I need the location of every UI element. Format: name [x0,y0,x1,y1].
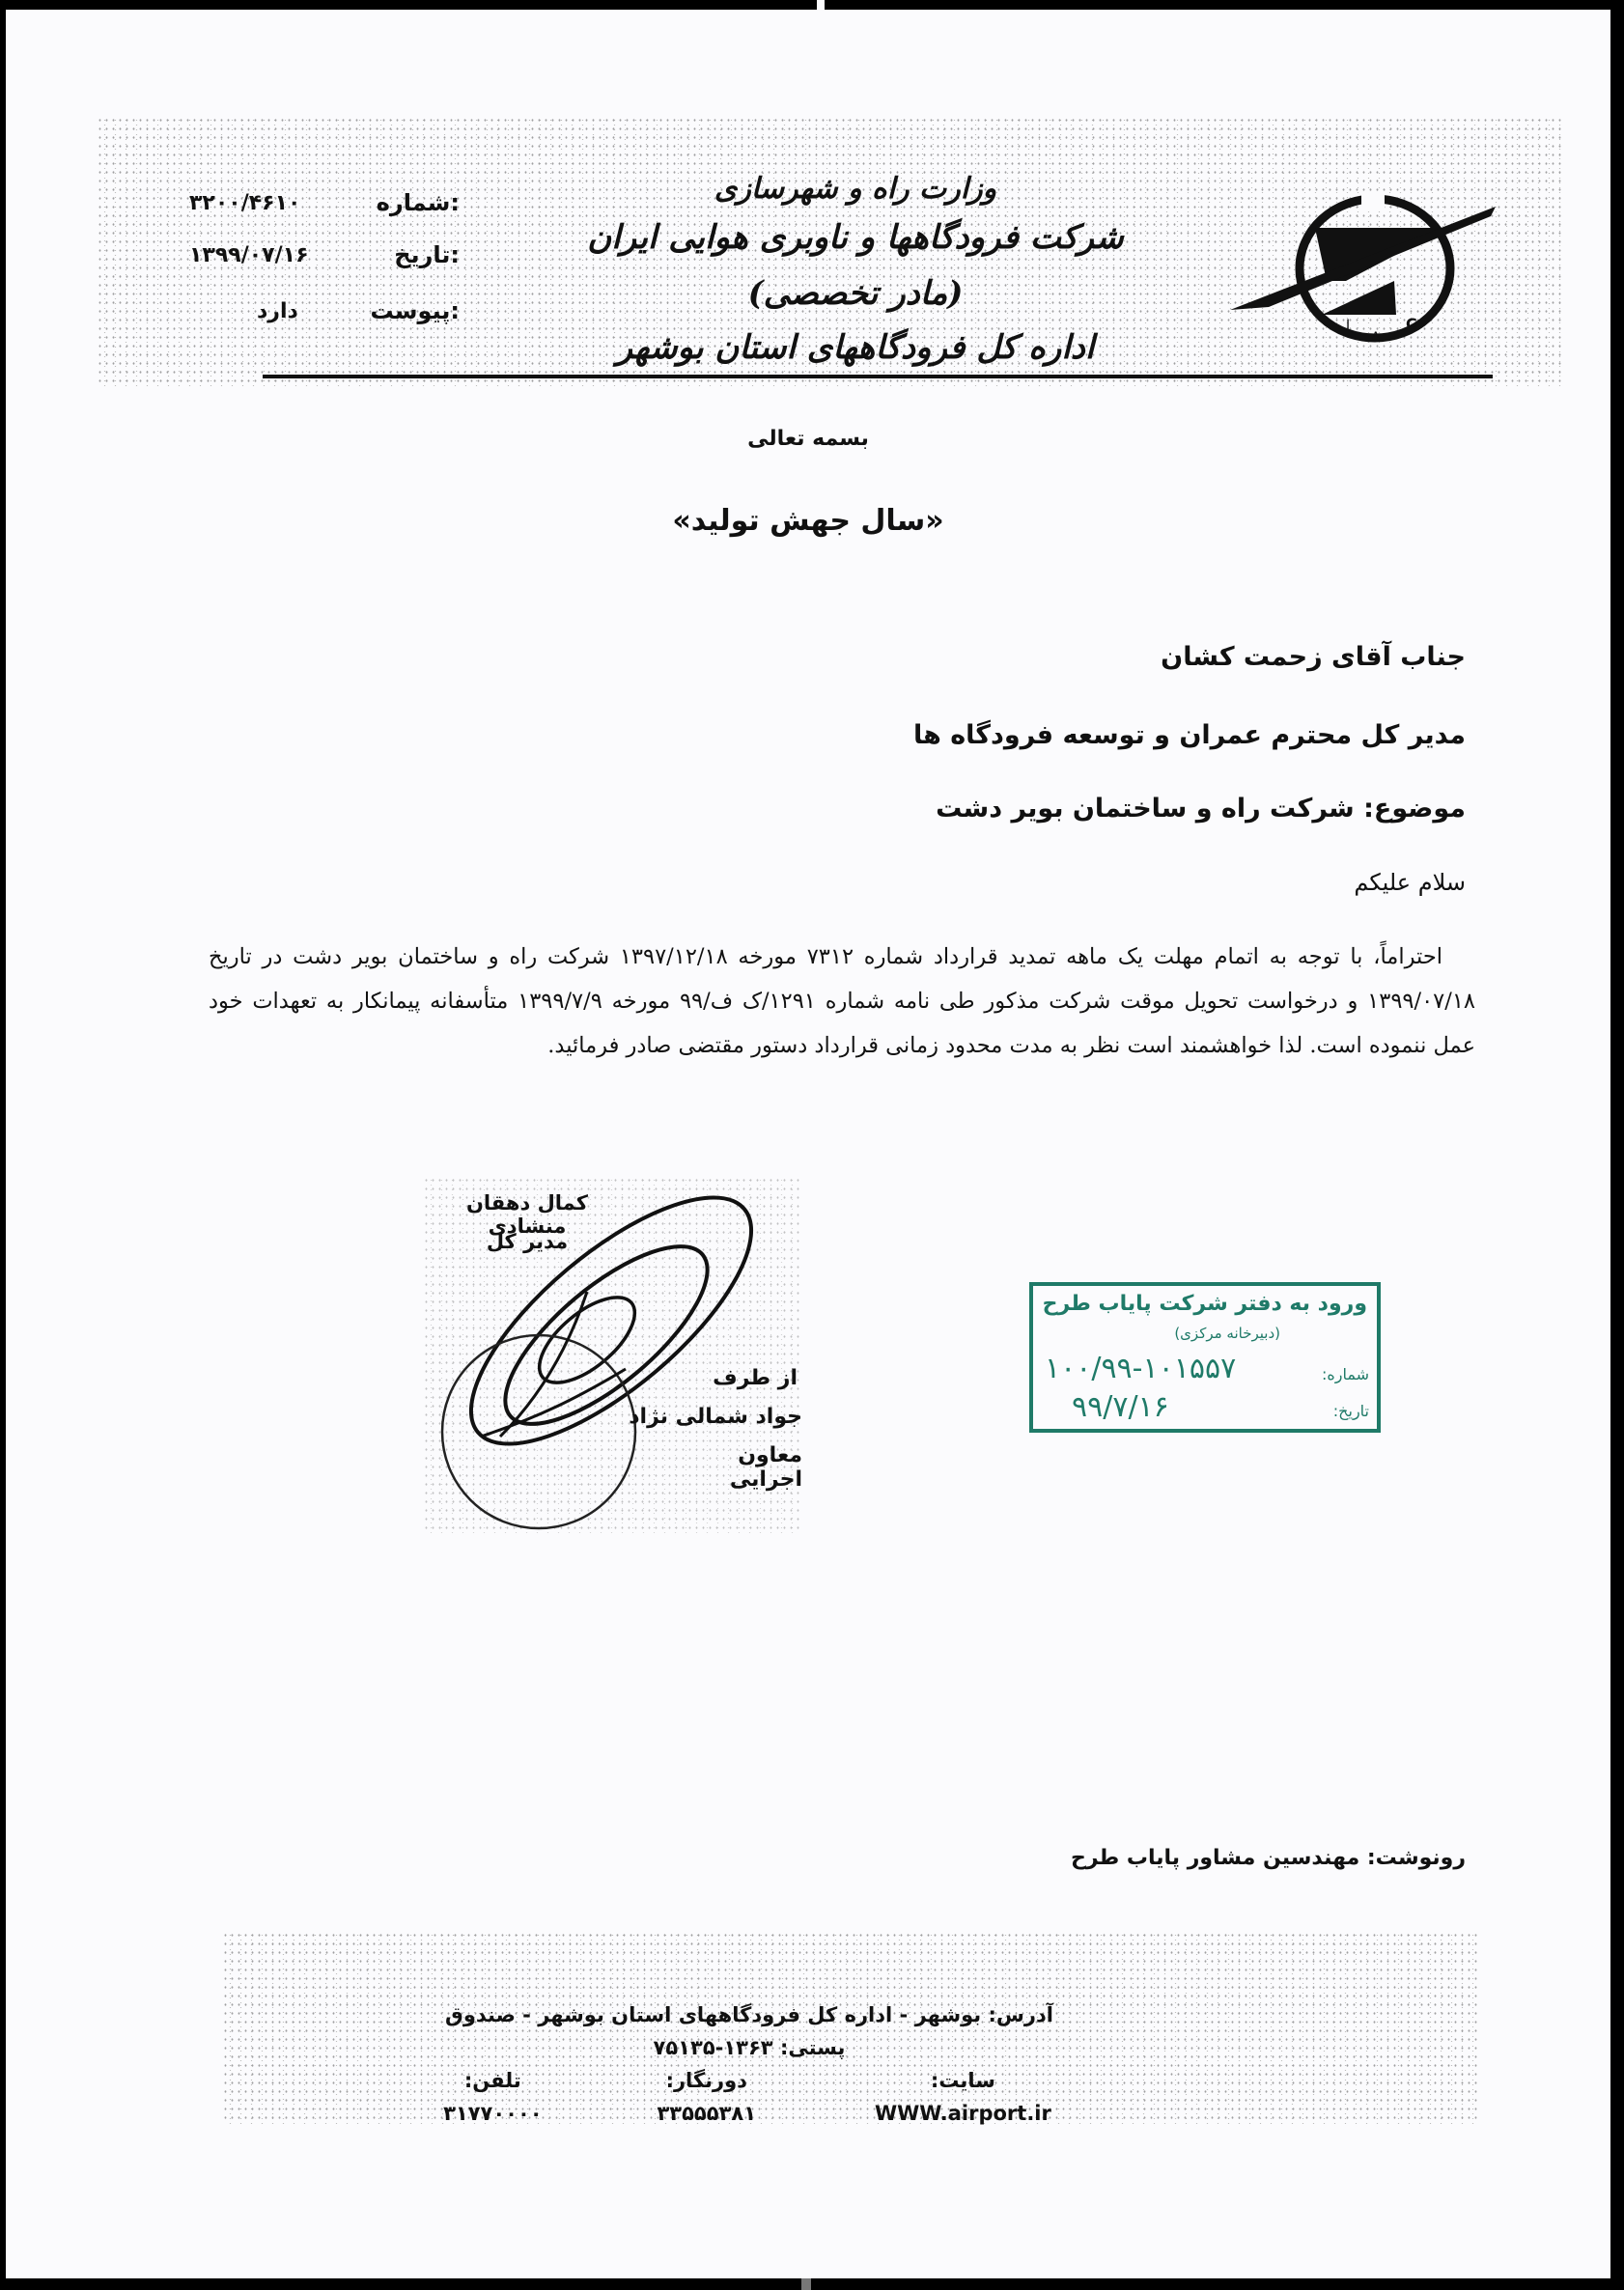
footer-website: سایت: WWW.airport.ir [839,2064,1087,2130]
deputy-name: جواد شمالی نژاد [624,1405,802,1429]
footer-contact: آدرس: بوشهر - اداره کل فرودگاههای استان … [411,1998,1087,2130]
letter-attachment-value: دارد [257,299,298,323]
footer-address: آدرس: بوشهر - اداره کل فرودگاههای استان … [411,1998,1087,2064]
footer-contact-row: تلفن: ۳۱۷۷۰۰۰۰ دورنگار: ۳۳۵۵۵۳۸۱ سایت: W… [411,2064,1087,2130]
footer-phone: تلفن: ۳۱۷۷۰۰۰۰ [411,2064,574,2130]
letter-subject: موضوع: شرکت راه و ساختمان بویر دشت [210,794,1466,824]
stamp-number-label: شماره: [1322,1365,1369,1383]
stamp-date-value: ۹۹/۷/۱۶ [1072,1390,1169,1424]
receipt-stamp: ورود به دفتر شرکت پایاب طرح (دبیرخانه مر… [1029,1282,1381,1433]
deputy-role: معاون اجرایی [662,1443,802,1492]
svg-text:A: A [1371,330,1381,344]
greeting: سلام علیکم [210,869,1466,896]
on-behalf-label: از طرف [682,1366,798,1390]
department-name: اداره کل فرودگاههای استان بوشهر [585,321,1126,374]
letter-attachment-label: پیوست: [371,297,460,324]
year-motto: «سال جهش تولید» [6,504,1610,538]
letter-attachment-row: پیوست: دارد [189,297,460,324]
header-divider [263,375,1493,378]
stamp-subtitle: (دبیرخانه مرکزی) [1174,1325,1280,1342]
recipient-title: مدیر کل محترم عمران و توسعه فرودگاه ها [210,720,1466,750]
company-name: شرکت فرودگاهها و ناوبری هوایی ایران (ماد… [585,209,1126,321]
footer-fax: دورنگار: ۳۳۵۵۵۳۸۱ [613,2064,800,2130]
letter-number-value: ۳۲۰۰/۴۶۱۰ [189,191,300,215]
letter-date-value: ۱۳۹۹/۰۷/۱۶ [189,243,309,267]
stamp-title: ورود به دفتر شرکت پایاب طرح [1043,1292,1367,1316]
svg-text:I: I [1346,318,1350,333]
scan-edge-gap [817,0,825,10]
letter-page: I A C وزارت راه و شهرسازی شرکت فرودگاهها… [6,10,1610,2278]
signer-role: مدیر کل [469,1230,585,1253]
letter-body: احتراماً، با توجه به اتمام مهلت یک ماهه … [209,935,1475,1068]
scan-edge-mark [801,2278,811,2290]
letter-body-text: احتراماً، با توجه به اتمام مهلت یک ماهه … [209,944,1475,1058]
svg-text:C: C [1406,315,1417,333]
letter-number-label: شماره: [377,189,460,216]
airport-company-logo-icon: I A C [1230,189,1500,344]
carbon-copy: رونوشت: مهندسین مشاور پایاب طرح [1071,1846,1466,1870]
bismillah: بسمه تعالی [6,427,1610,451]
recipient-name: جناب آقای زحمت کشان [210,642,1466,672]
stamp-number-value: ۱۰۰/۹۹-۱۰۱۵۵۷ [1045,1352,1236,1385]
ministry-name: وزارت راه و شهرسازی [585,169,1126,209]
letter-number-row: شماره: ۳۲۰۰/۴۶۱۰ [189,189,460,216]
letterhead: وزارت راه و شهرسازی شرکت فرودگاهها و ناو… [585,169,1126,374]
letter-date-label: تاریخ: [394,241,460,268]
stamp-date-label: تاریخ: [1333,1402,1369,1420]
letter-date-row: تاریخ: ۱۳۹۹/۰۷/۱۶ [189,241,460,268]
